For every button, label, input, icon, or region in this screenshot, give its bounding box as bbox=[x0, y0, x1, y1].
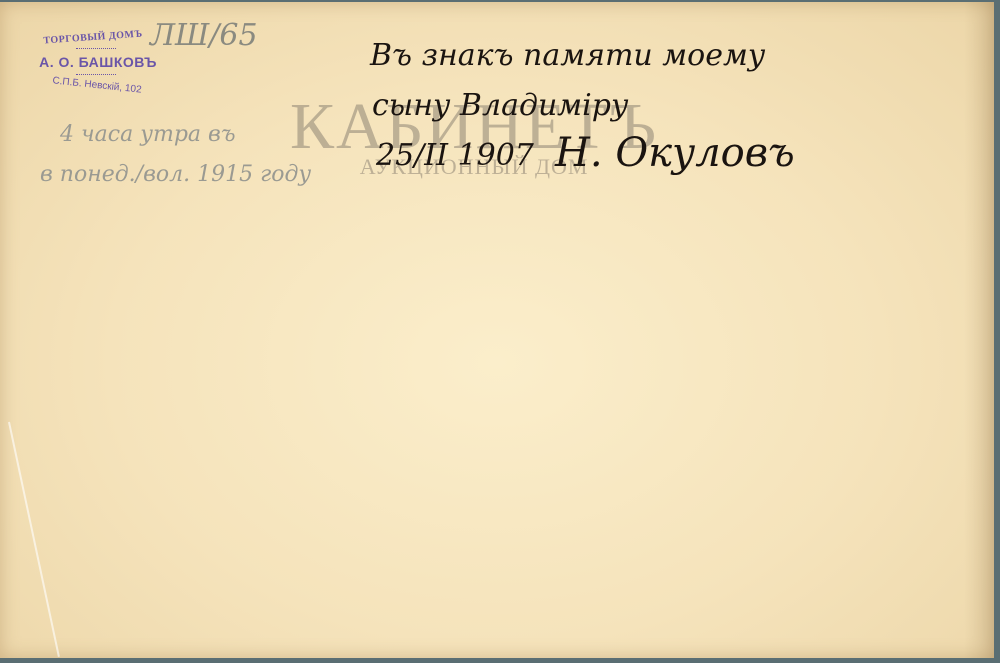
stamp-line-2: А. О. БАШКОВЪ bbox=[28, 54, 168, 70]
photo-card-back: ТОРГОВЫЙ ДОМЪ А. О. БАШКОВЪ С.П.Б. Невск… bbox=[0, 2, 994, 658]
signature: Н. Окуловъ bbox=[555, 130, 795, 176]
pencil-note-line-1: 4 часа утра въ bbox=[60, 122, 236, 147]
inscription-date: 25/II 1907 bbox=[376, 138, 534, 173]
pencil-note-line-2: в понед./вол. 1915 году bbox=[40, 162, 311, 187]
inventory-number: ЛШ/65 bbox=[150, 18, 258, 53]
publisher-stamp: ТОРГОВЫЙ ДОМЪ А. О. БАШКОВЪ С.П.Б. Невск… bbox=[28, 28, 158, 108]
stamp-ornament bbox=[76, 48, 116, 53]
card-edge-shading bbox=[964, 2, 994, 658]
inscription-line-1: Въ знакъ памяти моему bbox=[370, 38, 765, 73]
inscription-line-2: сыну Владиміру bbox=[372, 88, 628, 123]
paper-crease bbox=[8, 422, 60, 657]
stamp-line-1: ТОРГОВЫЙ ДОМЪ bbox=[36, 28, 150, 47]
